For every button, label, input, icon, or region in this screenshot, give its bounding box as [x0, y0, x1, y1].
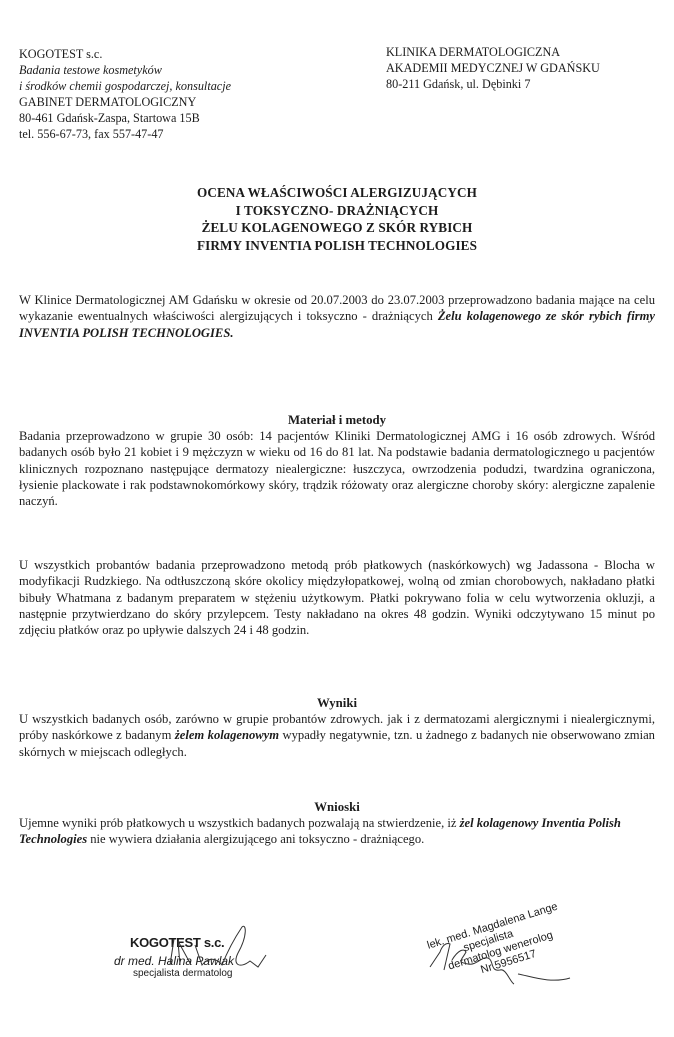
methods-paragraph-1: Badania przeprowadzono w grupie 30 osób:… — [19, 428, 655, 509]
clinic-name: GABINET DERMATOLOGICZNY — [19, 94, 231, 110]
clinic-phone: tel. 556-67-73, fax 557-47-47 — [19, 126, 231, 142]
methods-paragraph-2: U wszystkich probantów badania przeprowa… — [19, 557, 655, 638]
document-title: OCENA WŁAŚCIWOŚCI ALERGIZUJĄCYCH I TOKSY… — [0, 184, 674, 254]
conclusions-heading: Wnioski — [0, 800, 674, 815]
handwritten-signature-left-icon — [110, 925, 290, 995]
results-paragraph: U wszystkich badanych osób, zarówno w gr… — [19, 711, 655, 760]
company-tagline-1: Badania testowe kosmetyków — [19, 62, 231, 78]
results-heading: Wyniki — [0, 696, 674, 711]
signature-left: KOGOTEST s.c. dr med. Halina Pawlak spec… — [110, 925, 290, 1005]
title-line-1: OCENA WŁAŚCIWOŚCI ALERGIZUJĄCYCH — [0, 184, 674, 202]
conclusions-paragraph: Ujemne wyniki prób płatkowych u wszystki… — [19, 815, 655, 848]
company-name: KOGOTEST s.c. — [19, 46, 231, 62]
header-left-address: KOGOTEST s.c. Badania testowe kosmetyków… — [19, 46, 231, 142]
methods-heading: Materiał i metody — [0, 413, 674, 428]
conclusions-text-after: nie wywiera działania alergizującego ani… — [87, 832, 424, 846]
title-line-4: FIRMY INVENTIA POLISH TECHNOLOGIES — [0, 237, 674, 255]
conclusions-text-before: Ujemne wyniki prób płatkowych u wszystki… — [19, 816, 460, 830]
intro-paragraph: W Klinice Dermatologicznej AM Gdańsku w … — [19, 292, 655, 341]
university-address: 80-211 Gdańsk, ul. Dębinki 7 — [386, 76, 600, 92]
header-right-address: KLINIKA DERMATOLOGICZNA AKADEMII MEDYCZN… — [386, 44, 600, 92]
title-line-3: ŻELU KOLAGENOWEGO Z SKÓR RYBICH — [0, 219, 674, 237]
company-tagline-2: i środków chemii gospodarczej, konsultac… — [19, 78, 231, 94]
university-clinic-name: KLINIKA DERMATOLOGICZNA — [386, 44, 600, 60]
clinic-address: 80-461 Gdańsk-Zaspa, Startowa 15B — [19, 110, 231, 126]
title-line-2: I TOKSYCZNO- DRAŻNIĄCYCH — [0, 202, 674, 220]
handwritten-signature-right-icon — [410, 912, 630, 1012]
signature-right: lek. med. Magdalena Lange specjalista de… — [410, 912, 630, 1012]
results-emphasis: żelem kolagenowym — [175, 728, 279, 742]
university-name: AKADEMII MEDYCZNEJ W GDAŃSKU — [386, 60, 600, 76]
